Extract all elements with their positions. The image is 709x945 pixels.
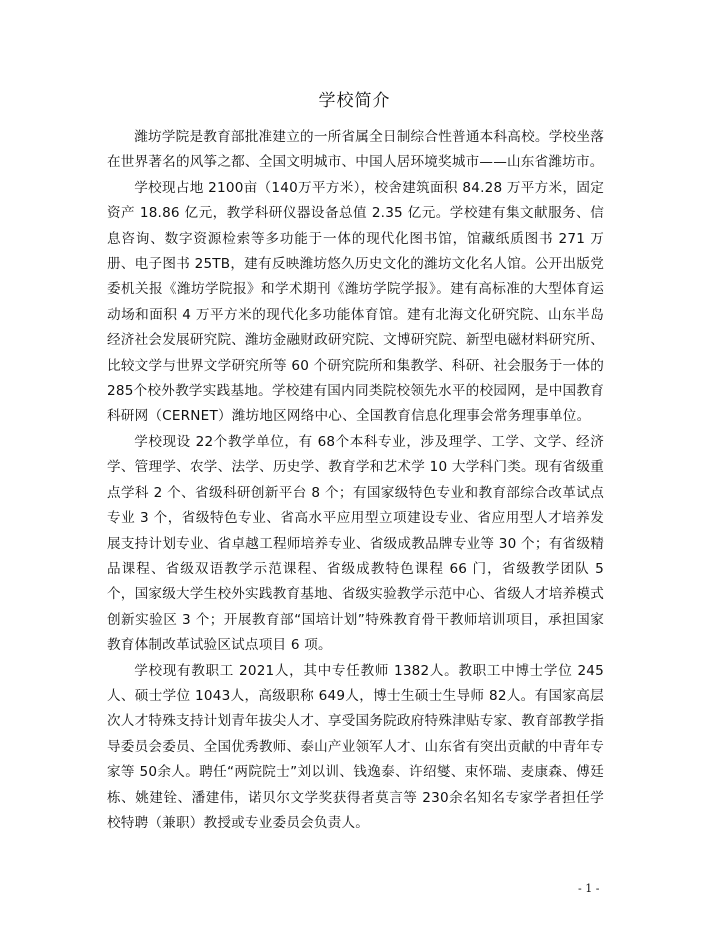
page-number: - 1 - [578,882,599,895]
document-body: 潍坊学院是教育部批准建立的一所省属全日制综合性普通本科高校。学校坐落在世界著名的… [107,125,604,836]
paragraph-intro: 潍坊学院是教育部批准建立的一所省属全日制综合性普通本科高校。学校坐落在世界著名的… [107,125,604,176]
paragraph-facilities: 学校现占地 2100亩（140万平方米），校舍建筑面积 84.28 万平方米，固… [107,176,604,430]
page-title: 学校简介 [0,86,709,111]
paragraph-academics: 学校现设 22个教学单位，有 68个本科专业，涉及理学、工学、文学、经济学、管理… [107,430,604,659]
document-page: 学校简介 潍坊学院是教育部批准建立的一所省属全日制综合性普通本科高校。学校坐落在… [0,0,709,945]
paragraph-faculty: 学校现有教职工 2021人，其中专任教师 1382人。教职工中博士学位 245人… [107,659,604,837]
